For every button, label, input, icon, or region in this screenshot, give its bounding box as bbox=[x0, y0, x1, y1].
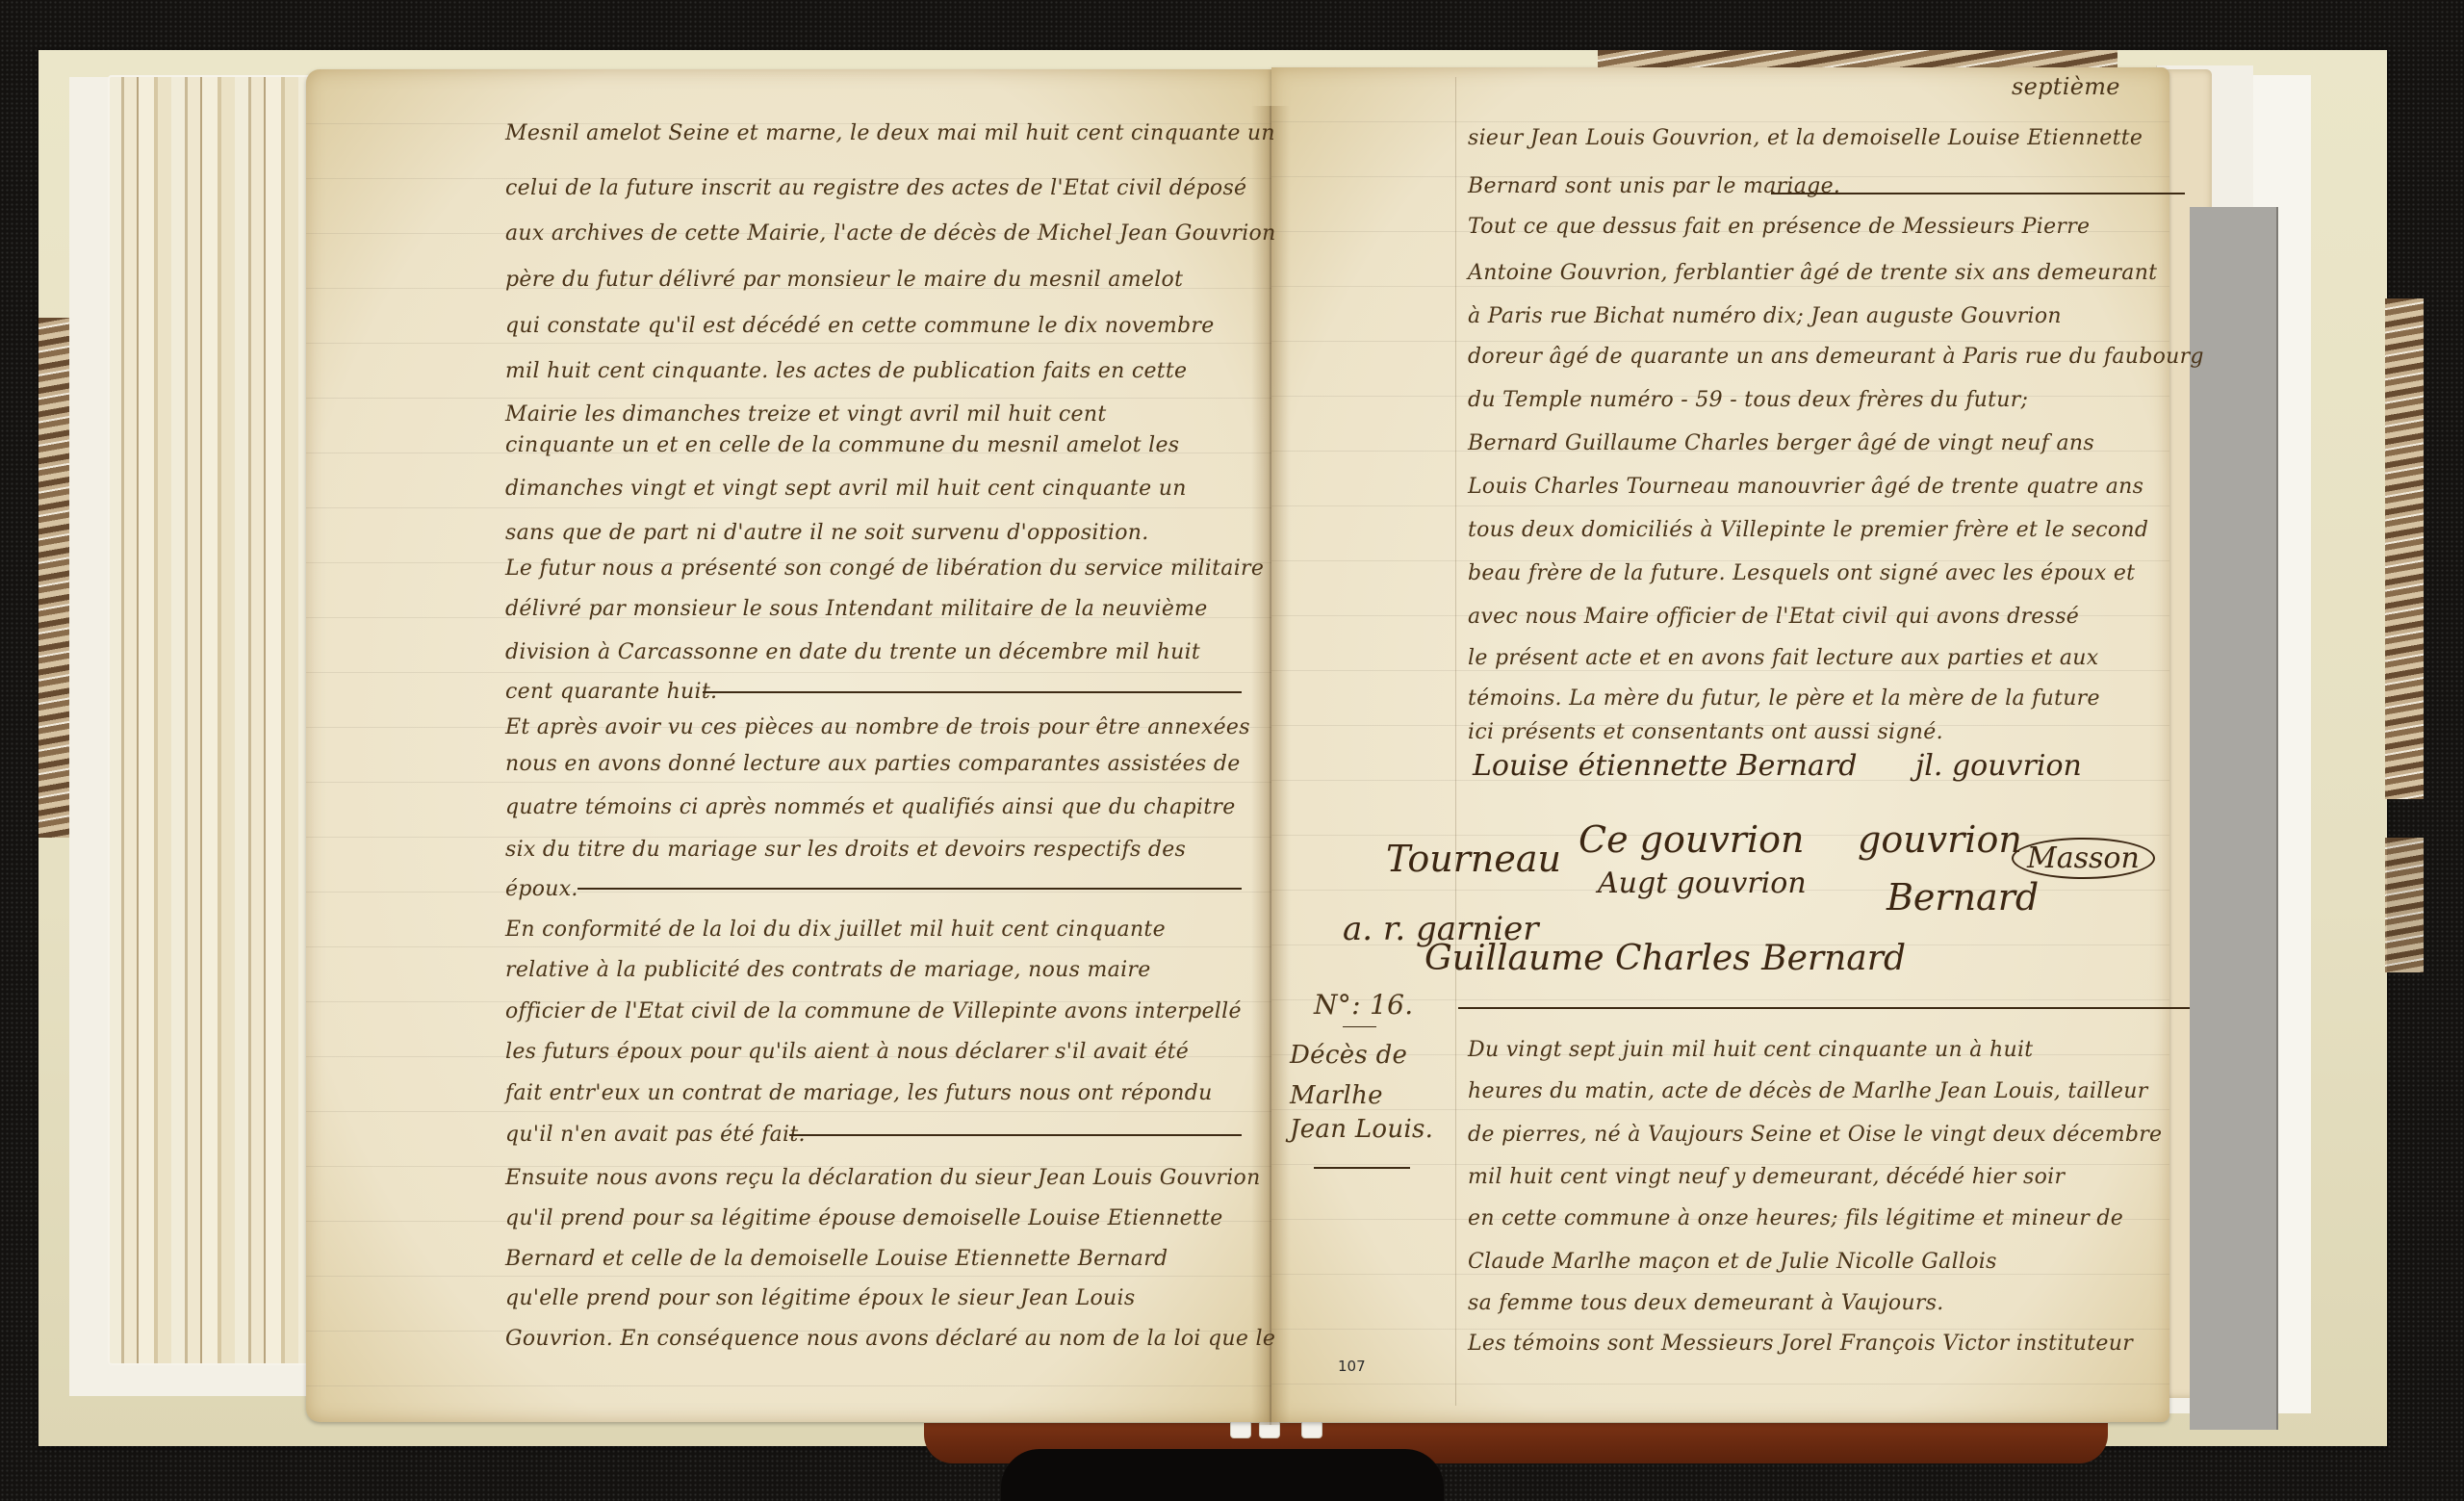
manuscript-line: doreur âgé de quarante un ans demeurant … bbox=[1468, 347, 2151, 368]
entry-underline bbox=[1314, 1167, 1410, 1169]
folio-number: 107 bbox=[1338, 1358, 1366, 1375]
grey-paper-insert bbox=[2190, 207, 2278, 1430]
entry-title: Jean Louis. bbox=[1290, 1117, 1433, 1142]
manuscript-line: aux archives de cette Mairie, l'acte de … bbox=[505, 223, 1237, 245]
signature: jl. gouvrion bbox=[1915, 749, 2082, 783]
signature: Masson bbox=[2012, 838, 2155, 879]
manuscript-line: six du titre du mariage sur les droits e… bbox=[505, 840, 1237, 861]
entry-title: Décès de bbox=[1290, 1043, 1407, 1068]
entry-number-underline bbox=[1343, 1026, 1376, 1027]
manuscript-line: fait entr'eux un contrat de mariage, les… bbox=[505, 1083, 1237, 1104]
manuscript-line: Gouvrion. En conséquence nous avons décl… bbox=[505, 1329, 1237, 1350]
signature: Augt gouvrion bbox=[1598, 867, 1807, 900]
manuscript-line: officier de l'Etat civil de la commune d… bbox=[505, 1001, 1237, 1022]
manuscript-line: Antoine Gouvrion, ferblantier âgé de tre… bbox=[1468, 263, 2151, 284]
manuscript-line: nous en avons donné lecture aux parties … bbox=[505, 754, 1237, 775]
manuscript-line: époux. bbox=[505, 879, 1237, 900]
manuscript-line: à Paris rue Bichat numéro dix; Jean augu… bbox=[1468, 306, 2151, 327]
manuscript-line: mil huit cent cinquante. les actes de pu… bbox=[505, 361, 1237, 382]
manuscript-line: dimanches vingt et vingt sept avril mil … bbox=[505, 479, 1237, 500]
manuscript-line: beau frère de la future. Lesquels ont si… bbox=[1468, 563, 2151, 584]
manuscript-line: ici présents et consentants ont aussi si… bbox=[1468, 722, 2151, 743]
line-rule bbox=[789, 1134, 1242, 1136]
manuscript-line: relative à la publicité des contrats de … bbox=[505, 960, 1237, 981]
manuscript-line: sans que de part ni d'autre il ne soit s… bbox=[505, 523, 1237, 544]
manuscript-line: Le futur nous a présenté son congé de li… bbox=[505, 558, 1237, 580]
cradle-shadow bbox=[1001, 1449, 1444, 1501]
signature: gouvrion bbox=[1858, 818, 2022, 861]
signature: Bernard bbox=[1886, 876, 2039, 919]
manuscript-line: Bernard Guillaume Charles berger âgé de … bbox=[1468, 433, 2151, 454]
manuscript-line: celui de la future inscrit au registre d… bbox=[505, 178, 1237, 199]
manuscript-line: mil huit cent vingt neuf y demeurant, dé… bbox=[1468, 1167, 2151, 1188]
manuscript-line: Les témoins sont Messieurs Jorel Françoi… bbox=[1468, 1333, 2151, 1355]
manuscript-line: père du futur délivré par monsieur le ma… bbox=[505, 270, 1237, 291]
manuscript-line: Louis Charles Tourneau manouvrier âgé de… bbox=[1468, 477, 2151, 498]
manuscript-line: Ensuite nous avons reçu la déclaration d… bbox=[505, 1168, 1237, 1189]
entry-title: Marlhe bbox=[1290, 1083, 1383, 1108]
manuscript-line: Mairie les dimanches treize et vingt avr… bbox=[505, 404, 1237, 426]
signature: Ce gouvrion bbox=[1578, 818, 1804, 861]
line-rule bbox=[703, 691, 1242, 693]
entry-number: N°: 16. bbox=[1314, 992, 1413, 1019]
manuscript-line: le présent acte et en avons fait lecture… bbox=[1468, 648, 2151, 669]
manuscript-line: témoins. La mère du futur, le père et la… bbox=[1468, 688, 2151, 710]
manuscript-line: Mesnil amelot Seine et marne, le deux ma… bbox=[505, 123, 1237, 144]
manuscript-line: qu'il prend pour sa légitime épouse demo… bbox=[505, 1208, 1237, 1229]
manuscript-line: les futurs époux pour qu'ils aient à nou… bbox=[505, 1042, 1237, 1063]
section-divider bbox=[1458, 1007, 2190, 1009]
left-page-stack bbox=[108, 75, 320, 1365]
manuscript-line: Du vingt sept juin mil huit cent cinquan… bbox=[1468, 1040, 2151, 1061]
line-rule bbox=[1771, 193, 2185, 194]
manuscript-line: Bernard et celle de la demoiselle Louise… bbox=[505, 1249, 1237, 1270]
marbled-edge-right-lower bbox=[2385, 838, 2424, 972]
manuscript-line: sieur Jean Louis Gouvrion, et la demoise… bbox=[1468, 128, 2151, 149]
manuscript-line: Tout ce que dessus fait en présence de M… bbox=[1468, 217, 2151, 238]
manuscript-line: qu'elle prend pour son légitime époux le… bbox=[505, 1288, 1237, 1309]
manuscript-line: délivré par monsieur le sous Intendant m… bbox=[505, 599, 1237, 620]
manuscript-line: Claude Marlhe maçon et de Julie Nicolle … bbox=[1468, 1252, 2151, 1273]
manuscript-line: Et après avoir vu ces pièces au nombre d… bbox=[505, 717, 1237, 738]
manuscript-line: qui constate qu'il est décédé en cette c… bbox=[505, 316, 1237, 337]
marbled-edge-right bbox=[2385, 298, 2424, 799]
manuscript-line: de pierres, né à Vaujours Seine et Oise … bbox=[1468, 1125, 2151, 1146]
manuscript-line: du Temple numéro - 59 - tous deux frères… bbox=[1468, 390, 2151, 411]
line-rule bbox=[577, 888, 1242, 890]
manuscript-line: En conformité de la loi du dix juillet m… bbox=[505, 919, 1237, 941]
manuscript-line: avec nous Maire officier de l'Etat civil… bbox=[1468, 607, 2151, 628]
manuscript-line: quatre témoins ci après nommés et qualif… bbox=[505, 797, 1237, 818]
manuscript-line: sa femme tous deux demeurant à Vaujours. bbox=[1468, 1293, 2151, 1314]
signature: Tourneau bbox=[1386, 838, 1561, 880]
manuscript-line: cinquante un et en celle de la commune d… bbox=[505, 435, 1237, 456]
manuscript-line: heures du matin, acte de décès de Marlhe… bbox=[1468, 1081, 2151, 1102]
book-gutter bbox=[1251, 106, 1290, 1425]
margin-line bbox=[1455, 77, 1456, 1406]
signature: Guillaume Charles Bernard bbox=[1424, 939, 1906, 978]
manuscript-line: division à Carcassonne en date du trente… bbox=[505, 642, 1237, 663]
manuscript-line: en cette commune à onze heures; fils lég… bbox=[1468, 1208, 2151, 1229]
page-header-word: septième bbox=[2012, 75, 2120, 98]
manuscript-line: tous deux domiciliés à Villepinte le pre… bbox=[1468, 520, 2151, 541]
signature: Louise étiennette Bernard bbox=[1473, 749, 1857, 783]
